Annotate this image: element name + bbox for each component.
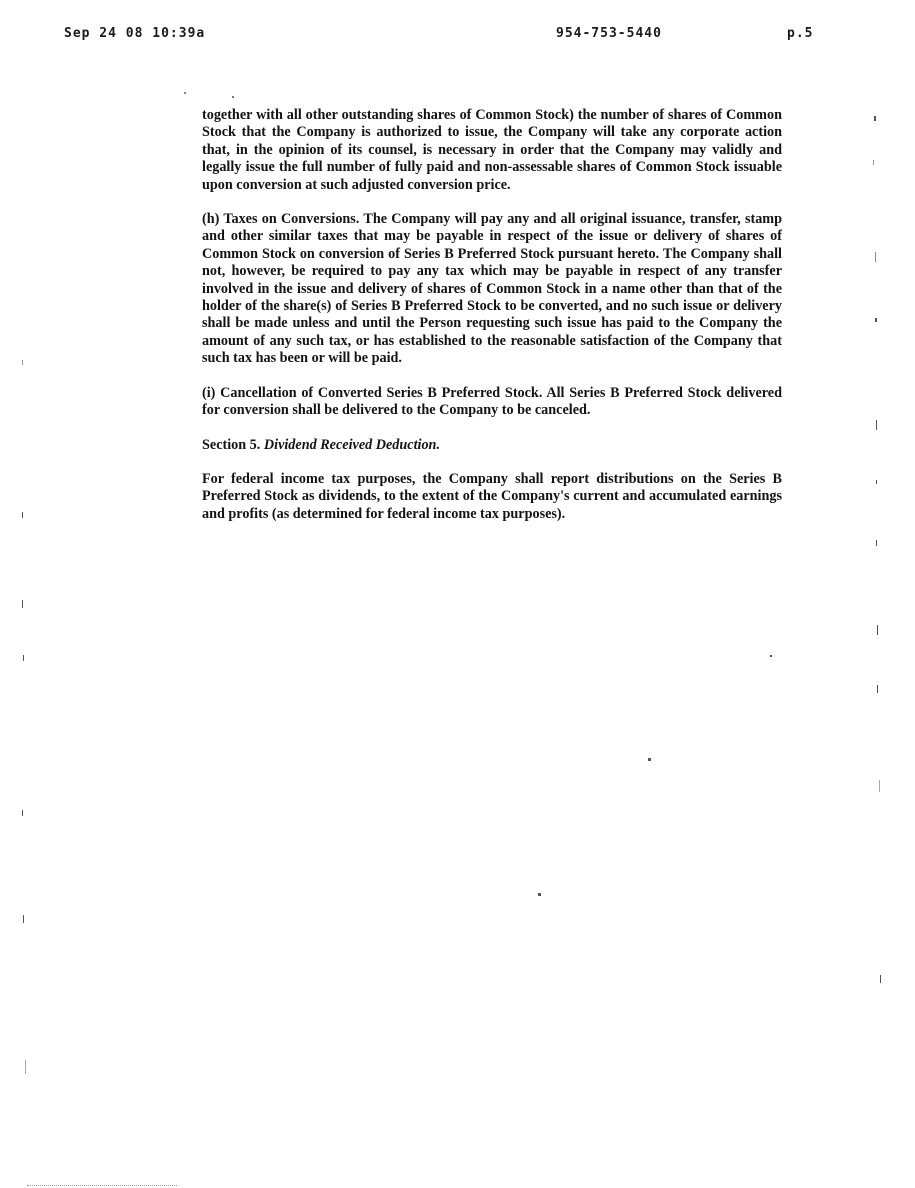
scan-speck: [25, 1060, 26, 1074]
scan-speck: [877, 685, 878, 693]
section-5-heading: Section 5. Dividend Received Deduction.: [202, 437, 782, 454]
scan-speck: [874, 116, 876, 121]
paragraph-i-cancellation: (i) Cancellation of Converted Series B P…: [202, 385, 782, 420]
section-5-title: Dividend Received Deduction.: [264, 437, 440, 453]
scan-speck: [880, 975, 881, 983]
section-5-body: For federal income tax purposes, the Com…: [202, 471, 782, 523]
paragraph-continuation: together with all other outstanding shar…: [202, 107, 782, 194]
scan-speck: [879, 780, 880, 792]
fax-header: Sep 24 08 10:39a 954-753-5440 p.5: [0, 26, 915, 46]
scan-speck: [770, 655, 772, 657]
fax-date-time: Sep 24 08 10:39a: [64, 26, 205, 41]
scan-speck: [22, 360, 23, 365]
scan-speck: [23, 655, 24, 661]
scan-speck: [876, 540, 877, 546]
section-5-label: Section 5.: [202, 437, 260, 453]
document-body: together with all other outstanding shar…: [202, 107, 782, 540]
scan-speck: [876, 480, 877, 484]
fax-phone-number: 954-753-5440: [556, 26, 662, 41]
scan-speck: [23, 915, 24, 923]
fax-page-number: p.5: [787, 26, 813, 41]
scan-speck: [875, 318, 877, 322]
scan-speck: [232, 96, 234, 98]
scan-speck: [22, 512, 23, 518]
scan-speck: [22, 810, 23, 816]
scan-speck: [22, 600, 23, 608]
scan-speck: [875, 252, 876, 262]
scan-speck: [873, 160, 874, 165]
scan-speck: [877, 625, 878, 635]
scan-speck: [184, 92, 186, 94]
scan-speck: [538, 893, 541, 896]
scan-speck: [648, 758, 651, 761]
paragraph-h-taxes-on-conversions: (h) Taxes on Conversions. The Company wi…: [202, 211, 782, 368]
scan-edge-artifact: [27, 1185, 177, 1187]
scan-speck: [876, 420, 877, 430]
